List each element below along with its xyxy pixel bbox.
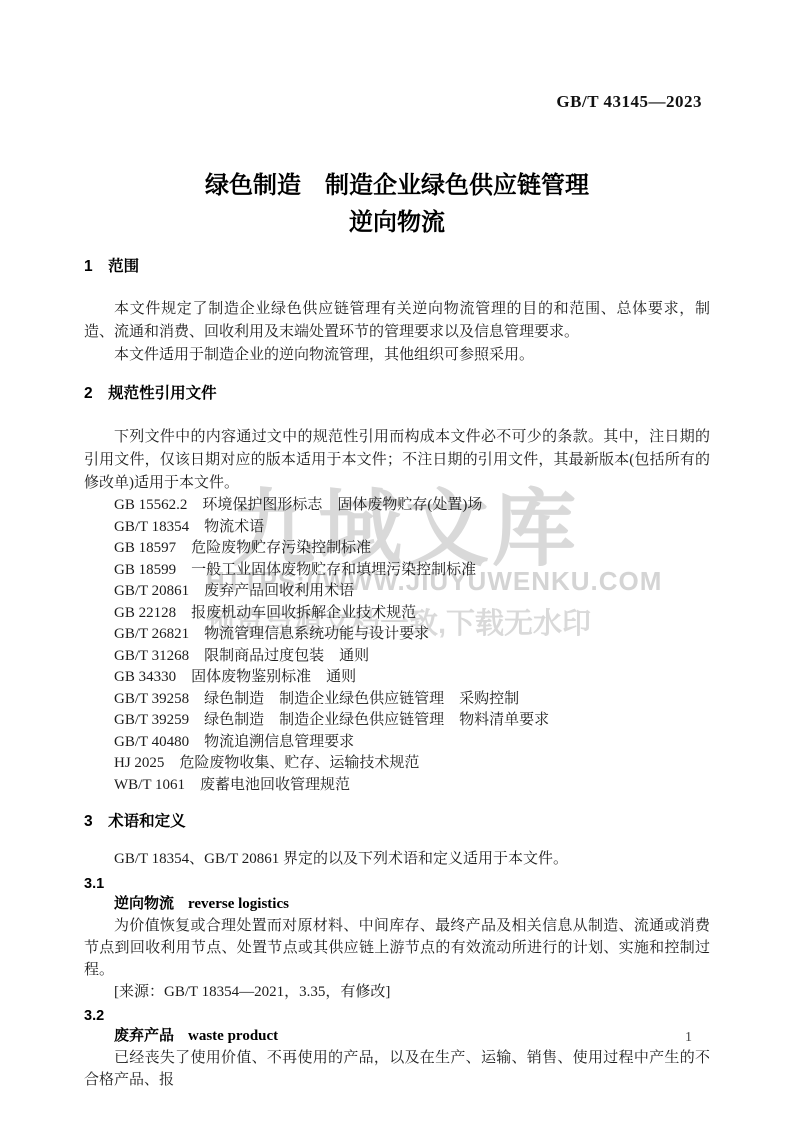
clause-1-paragraph-1: 本文件规定了制造企业绿色供应链管理有关逆向物流管理的目的和范围、总体要求，制造、… (84, 298, 710, 344)
reference-item: GB 18597 危险废物贮存污染控制标准 (84, 538, 710, 560)
term-definition-3-2: 已经丧失了使用价值、不再使用的产品，以及在生产、运输、销售、使用过程中产生的不合… (84, 1047, 710, 1091)
clause-1-heading: 1 范围 (84, 258, 710, 276)
document-page: 九域文库 HTTPS://WWW.JIUYUWENKU.COM 预览与源文档一致… (0, 0, 794, 1122)
clause-1-paragraph-2: 本文件适用于制造企业的逆向物流管理，其他组织可参照采用。 (84, 344, 710, 367)
term-entry-3-2: 废弃产品waste product (84, 1025, 710, 1047)
reference-item: GB 34330 固体废物鉴别标准 通则 (84, 667, 710, 689)
reference-item: GB/T 18354 物流术语 (84, 517, 710, 539)
reference-item: GB 15562.2 环境保护图形标志 固体废物贮存(处置)场 (84, 495, 710, 517)
document-body: 1 范围 本文件规定了制造企业绿色供应链管理有关逆向物流管理的目的和范围、总体要… (84, 0, 710, 1091)
normative-reference-list: GB 15562.2 环境保护图形标志 固体废物贮存(处置)场 GB/T 183… (84, 495, 710, 796)
term-number-3-1: 3.1 (84, 875, 710, 893)
page-number: 1 (685, 1030, 692, 1046)
term-number-3-2: 3.2 (84, 1007, 710, 1025)
reference-item: GB/T 40480 物流追溯信息管理要求 (84, 732, 710, 754)
term-en: reverse logistics (188, 896, 289, 912)
clause-3-intro-paragraph: GB/T 18354、GB/T 20861 界定的以及下列术语和定义适用于本文件… (84, 848, 710, 871)
term-zh: 废弃产品 (114, 1027, 174, 1044)
reference-item: GB/T 31268 限制商品过度包装 通则 (84, 646, 710, 668)
clause-3-heading: 3 术语和定义 (84, 813, 710, 831)
reference-item: HJ 2025 危险废物收集、贮存、运输技术规范 (84, 753, 710, 775)
term-definition-3-1: 为价值恢复或合理处置而对原材料、中间库存、最终产品及相关信息从制造、流通或消费节… (84, 915, 710, 981)
reference-item: GB/T 39258 绿色制造 制造企业绿色供应链管理 采购控制 (84, 689, 710, 711)
reference-item: WB/T 1061 废蓄电池回收管理规范 (84, 775, 710, 797)
clause-2-intro-paragraph: 下列文件中的内容通过文中的规范性引用而构成本文件必不可少的条款。其中，注日期的引… (84, 426, 710, 495)
term-source-3-1: [来源：GB/T 18354—2021，3.35，有修改] (84, 981, 710, 1003)
term-zh: 逆向物流 (114, 895, 174, 912)
reference-item: GB/T 20861 废弃产品回收利用术语 (84, 581, 710, 603)
term-en: waste product (188, 1028, 278, 1044)
term-entry-3-1: 逆向物流reverse logistics (84, 893, 710, 915)
reference-item: GB 18599 一般工业固体废物贮存和填埋污染控制标准 (84, 560, 710, 582)
clause-2-heading: 2 规范性引用文件 (84, 385, 710, 403)
reference-item: GB 22128 报废机动车回收拆解企业技术规范 (84, 603, 710, 625)
reference-item: GB/T 26821 物流管理信息系统功能与设计要求 (84, 624, 710, 646)
reference-item: GB/T 39259 绿色制造 制造企业绿色供应链管理 物料清单要求 (84, 710, 710, 732)
